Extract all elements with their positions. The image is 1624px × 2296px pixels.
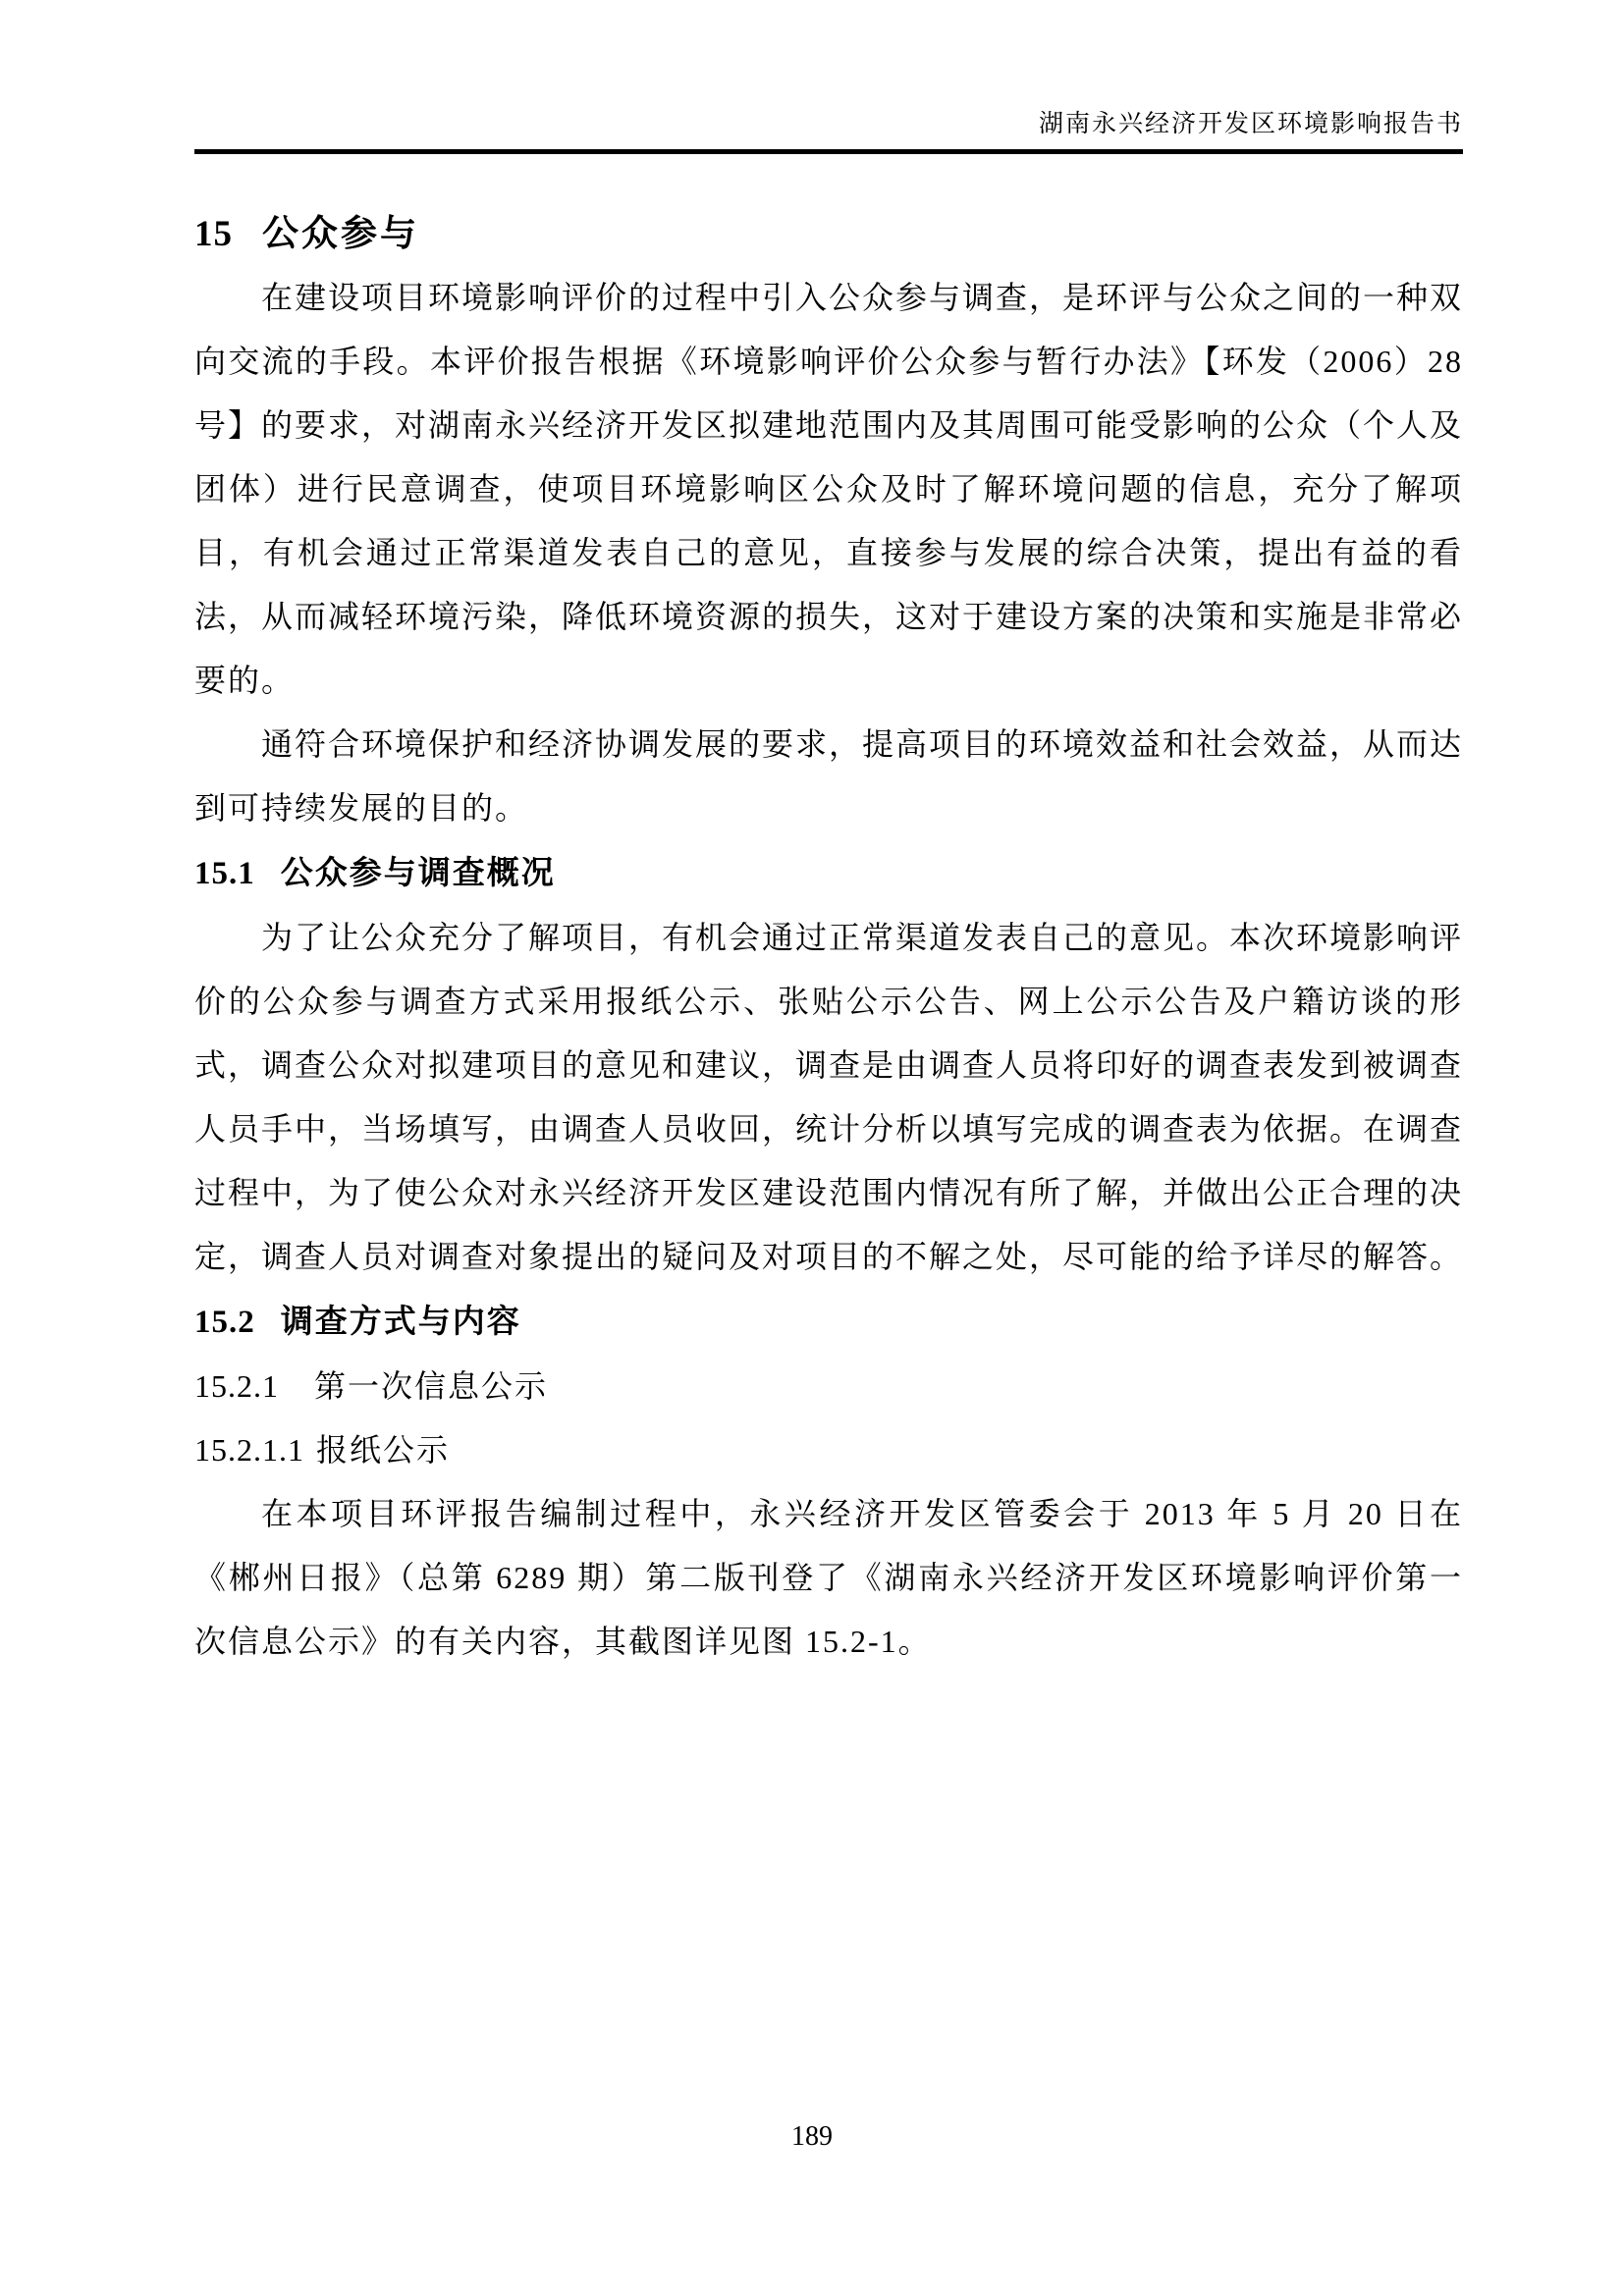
section-number-15-2-1: 15.2.1	[194, 1368, 279, 1404]
section-heading-15-2-1: 15.2.1第一次信息公示	[194, 1355, 1463, 1418]
header-rule	[194, 149, 1463, 154]
section-heading-15-1: 15.1公众参与调查概况	[194, 840, 1463, 906]
paragraph-intro-2: 通符合环境保护和经济协调发展的要求，提高项目的环境效益和社会效益，从而达到可持续…	[194, 713, 1463, 840]
document-page: 湖南永兴经济开发区环境影响报告书 15公众参与 在建设项目环境影响评价的过程中引…	[0, 0, 1624, 2296]
paragraph-newspaper-notice: 在本项目环评报告编制过程中，永兴经济开发区管委会于 2013 年 5 月 20 …	[194, 1482, 1463, 1674]
chapter-number: 15	[194, 214, 233, 254]
section-title-15-1: 公众参与调查概况	[281, 854, 556, 890]
section-heading-15-2-1-1: 15.2.1.1报纸公示	[194, 1418, 1463, 1482]
section-heading-15-2: 15.2调查方式与内容	[194, 1289, 1463, 1355]
page-number: 189	[0, 2120, 1624, 2154]
paragraph-intro-1: 在建设项目环境影响评价的过程中引入公众参与调查，是环评与公众之间的一种双向交流的…	[194, 266, 1463, 713]
section-number-15-1: 15.1	[194, 856, 255, 891]
section-title-15-2-1-1: 报纸公示	[316, 1432, 450, 1468]
paragraph-survey-overview: 为了让公众充分了解项目，有机会通过正常渠道发表自己的意见。本次环境影响评价的公众…	[194, 906, 1463, 1289]
page-footer: 189	[0, 2120, 1624, 2154]
section-number-15-2-1-1: 15.2.1.1	[194, 1432, 304, 1468]
chapter-title: 公众参与	[262, 213, 419, 253]
section-title-15-2: 调查方式与内容	[281, 1303, 521, 1339]
section-number-15-2: 15.2	[194, 1305, 255, 1340]
chapter-heading: 15公众参与	[194, 201, 1463, 266]
section-title-15-2-1: 第一次信息公示	[314, 1368, 548, 1404]
page-header: 湖南永兴经济开发区环境影响报告书	[194, 0, 1463, 154]
page-body: 15公众参与 在建设项目环境影响评价的过程中引入公众参与调查，是环评与公众之间的…	[194, 201, 1463, 1674]
running-header-title: 湖南永兴经济开发区环境影响报告书	[194, 110, 1463, 139]
